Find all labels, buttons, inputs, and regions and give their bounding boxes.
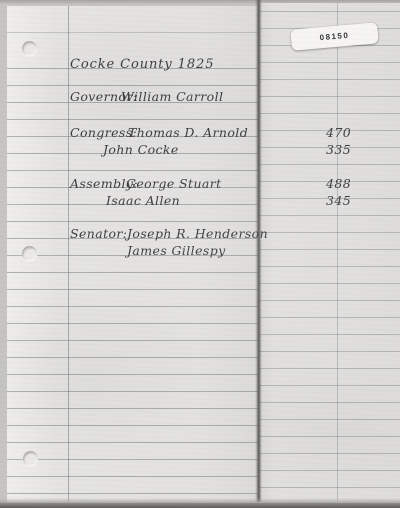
candidate-name: Isaac Allen xyxy=(106,193,180,208)
vote-count: 488 xyxy=(326,176,351,191)
candidate-name: James Gillespy xyxy=(127,243,226,258)
office-label: Senator: xyxy=(70,226,127,241)
ruled-lines-left xyxy=(7,52,258,503)
election-row-assembly-2: Isaac Allen 345 xyxy=(0,193,400,209)
election-row-assembly-1: Assembly: George Stuart 488 xyxy=(0,176,400,192)
vote-count: 335 xyxy=(326,142,351,157)
vote-count: 470 xyxy=(326,125,351,140)
election-row-senator-1: Senator: Joseph R. Henderson xyxy=(0,226,400,242)
punch-hole-bottom xyxy=(23,451,38,466)
punch-hole-top xyxy=(22,41,37,56)
election-row-congress-2: John Cocke 335 xyxy=(0,142,400,158)
scanner-edge-bottom xyxy=(0,503,400,508)
election-row-governor: Governor: William Carroll xyxy=(0,89,400,105)
candidate-name: William Carroll xyxy=(121,89,223,104)
scanned-document-page: 08150 Cocke County 1825 Governor: Willia… xyxy=(0,0,400,508)
vote-count: 345 xyxy=(326,193,351,208)
header-rule-line xyxy=(7,32,258,33)
archive-number-text: 08150 xyxy=(319,31,349,43)
candidate-name: Joseph R. Henderson xyxy=(127,226,268,241)
candidate-name: Thomas D. Arnold xyxy=(128,125,248,140)
page-title: Cocke County 1825 xyxy=(70,57,214,72)
candidate-name: John Cocke xyxy=(103,142,179,157)
candidate-name: George Stuart xyxy=(126,176,222,191)
election-row-congress-1: Congress: Thomas D. Arnold 470 xyxy=(0,125,400,141)
election-row-senator-2: James Gillespy xyxy=(0,243,400,259)
